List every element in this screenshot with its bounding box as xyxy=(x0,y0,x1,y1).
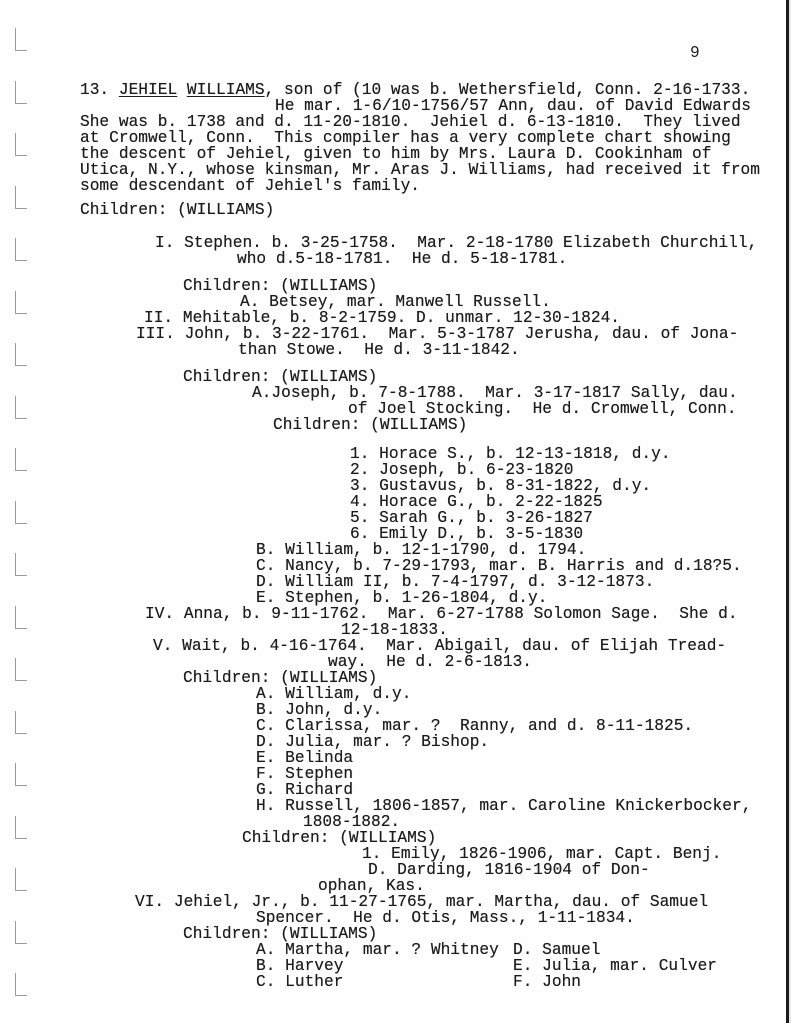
grandchildren-heading: Children: (WILLIAMS) xyxy=(183,670,377,686)
grandchild-line: E. Belinda xyxy=(256,750,353,766)
great-grandchild-line: 1. Emily, 1826-1906, mar. Capt. Benj. xyxy=(362,846,721,862)
grandchild-line: D. William II, b. 7-4-1797, d. 3-12-1873… xyxy=(256,574,654,590)
grandchild-line: C. Clarissa, mar. ? Ranny, and d. 8-11-1… xyxy=(256,718,693,734)
grandchild-line: F. John xyxy=(513,974,581,990)
margin-mark xyxy=(15,711,27,734)
margin-mark xyxy=(15,81,27,104)
margin-mark xyxy=(15,343,27,366)
great-grandchildren-heading: Children: (WILLIAMS) xyxy=(242,830,436,846)
grandchildren-heading: Children: (WILLIAMS) xyxy=(183,369,377,385)
margin-mark xyxy=(15,868,27,891)
document-page: 9 13. JEHIEL WILLIAMS, son of (10 was b.… xyxy=(0,0,791,1023)
child-line: VI. Jehiel, Jr., b. 11-27-1765, mar. Mar… xyxy=(135,894,708,910)
margin-mark xyxy=(15,133,27,156)
great-grandchild-line: 5. Sarah G., b. 3-26-1827 xyxy=(350,510,593,526)
entry-name-last: WILLIAMS xyxy=(187,81,265,99)
children-heading: Children: (WILLIAMS) xyxy=(80,202,274,218)
child-line: V. Wait, b. 4-16-1764. Mar. Abigail, dau… xyxy=(153,638,726,654)
child-line: 12-18-1833. xyxy=(341,622,448,638)
great-grandchild-line: 3. Gustavus, b. 8-31-1822, d.y. xyxy=(350,478,651,494)
entry-paragraph-line: the descent of Jehiel, given to him by M… xyxy=(80,146,711,162)
margin-mark xyxy=(15,291,27,314)
entry-paragraph-line: at Cromwell, Conn. This compiler has a v… xyxy=(80,130,731,146)
margin-mark xyxy=(15,448,27,471)
page-number: 9 xyxy=(690,44,700,62)
entry-heading: 13. JEHIEL WILLIAMS, son of (10 was b. W… xyxy=(80,82,750,98)
grandchild-line: C. Luther xyxy=(256,974,343,990)
grandchild-line: G. Richard xyxy=(256,782,353,798)
margin-mark xyxy=(15,921,27,944)
grandchild-line: A. Martha, mar. ? Whitney xyxy=(256,942,499,958)
grandchild-line: D. Julia, mar. ? Bishop. xyxy=(256,734,489,750)
great-grandchild-line: D. Darding, 1816-1904 of Don- xyxy=(368,862,650,878)
grandchild-line: E. Stephen, b. 1-26-1804, d.y. xyxy=(256,590,547,606)
margin-mark xyxy=(15,28,27,51)
grandchild-line: C. Nancy, b. 7-29-1793, mar. B. Harris a… xyxy=(256,558,742,574)
child-line: III. John, b. 3-22-1761. Mar. 5-3-1787 J… xyxy=(136,326,738,342)
margin-mark xyxy=(15,606,27,629)
great-grandchildren-heading: Children: (WILLIAMS) xyxy=(273,417,467,433)
entry-name-first: JEHIEL xyxy=(119,81,177,99)
child-line: IV. Anna, b. 9-11-1762. Mar. 6-27-1788 S… xyxy=(145,606,738,622)
grandchild-line: A. William, d.y. xyxy=(256,686,411,702)
entry-paragraph-line: some descendant of Jehiel's family. xyxy=(80,178,420,194)
great-grandchild-line: 2. Joseph, b. 6-23-1820 xyxy=(350,462,573,478)
child-line: way. He d. 2-6-1813. xyxy=(328,654,532,670)
grandchild-line: B. John, d.y. xyxy=(256,702,382,718)
grandchild-line: H. Russell, 1806-1857, mar. Caroline Kni… xyxy=(256,798,751,814)
grandchildren-heading: Children: (WILLIAMS) xyxy=(183,926,377,942)
child-line: I. Stephen. b. 3-25-1758. Mar. 2-18-1780… xyxy=(155,235,757,251)
margin-mark xyxy=(15,396,27,419)
child-line: Spencer. He d. Otis, Mass., 1-11-1834. xyxy=(256,910,635,926)
margin-mark xyxy=(15,973,27,996)
great-grandchild-line: 4. Horace G., b. 2-22-1825 xyxy=(350,494,603,510)
grandchild-line: F. Stephen xyxy=(256,766,353,782)
entry-number: 13. xyxy=(80,81,109,99)
child-line: who d.5-18-1781. He d. 5-18-1781. xyxy=(237,251,567,267)
entry-paragraph-line: He mar. 1-6/10-1756/57 Ann, dau. of Davi… xyxy=(275,98,751,114)
child-line: II. Mehitable, b. 8-2-1759. D. unmar. 12… xyxy=(144,310,620,326)
child-line: than Stowe. He d. 3-11-1842. xyxy=(238,342,520,358)
margin-mark xyxy=(15,186,27,209)
great-grandchild-line: ophan, Kas. xyxy=(318,878,425,894)
margin-mark xyxy=(15,501,27,524)
grandchildren-heading: Children: (WILLIAMS) xyxy=(183,278,377,294)
grandchild-line: A.Joseph, b. 7-8-1788. Mar. 3-17-1817 Sa… xyxy=(252,385,738,401)
grandchild-line: B. Harvey xyxy=(256,958,343,974)
entry-paragraph-line: Utica, N.Y., whose kinsman, Mr. Aras J. … xyxy=(80,162,760,178)
great-grandchild-line: 6. Emily D., b. 3-5-1830 xyxy=(350,526,583,542)
margin-mark xyxy=(15,658,27,681)
grandchild-line: A. Betsey, mar. Manwell Russell. xyxy=(240,294,551,310)
grandchild-line: 1808-1882. xyxy=(303,814,400,830)
grandchild-line: of Joel Stocking. He d. Cromwell, Conn. xyxy=(348,401,737,417)
grandchild-line: E. Julia, mar. Culver xyxy=(513,958,717,974)
entry-paragraph-line: She was b. 1738 and d. 11-20-1810. Jehie… xyxy=(80,114,741,130)
margin-mark xyxy=(15,816,27,839)
grandchild-line: D. Samuel xyxy=(513,942,600,958)
grandchild-line: B. William, b. 12-1-1790, d. 1794. xyxy=(256,542,586,558)
margin-mark xyxy=(15,553,27,576)
great-grandchild-line: 1. Horace S., b. 12-13-1818, d.y. xyxy=(350,446,671,462)
margin-mark xyxy=(15,238,27,261)
margin-mark xyxy=(15,763,27,786)
